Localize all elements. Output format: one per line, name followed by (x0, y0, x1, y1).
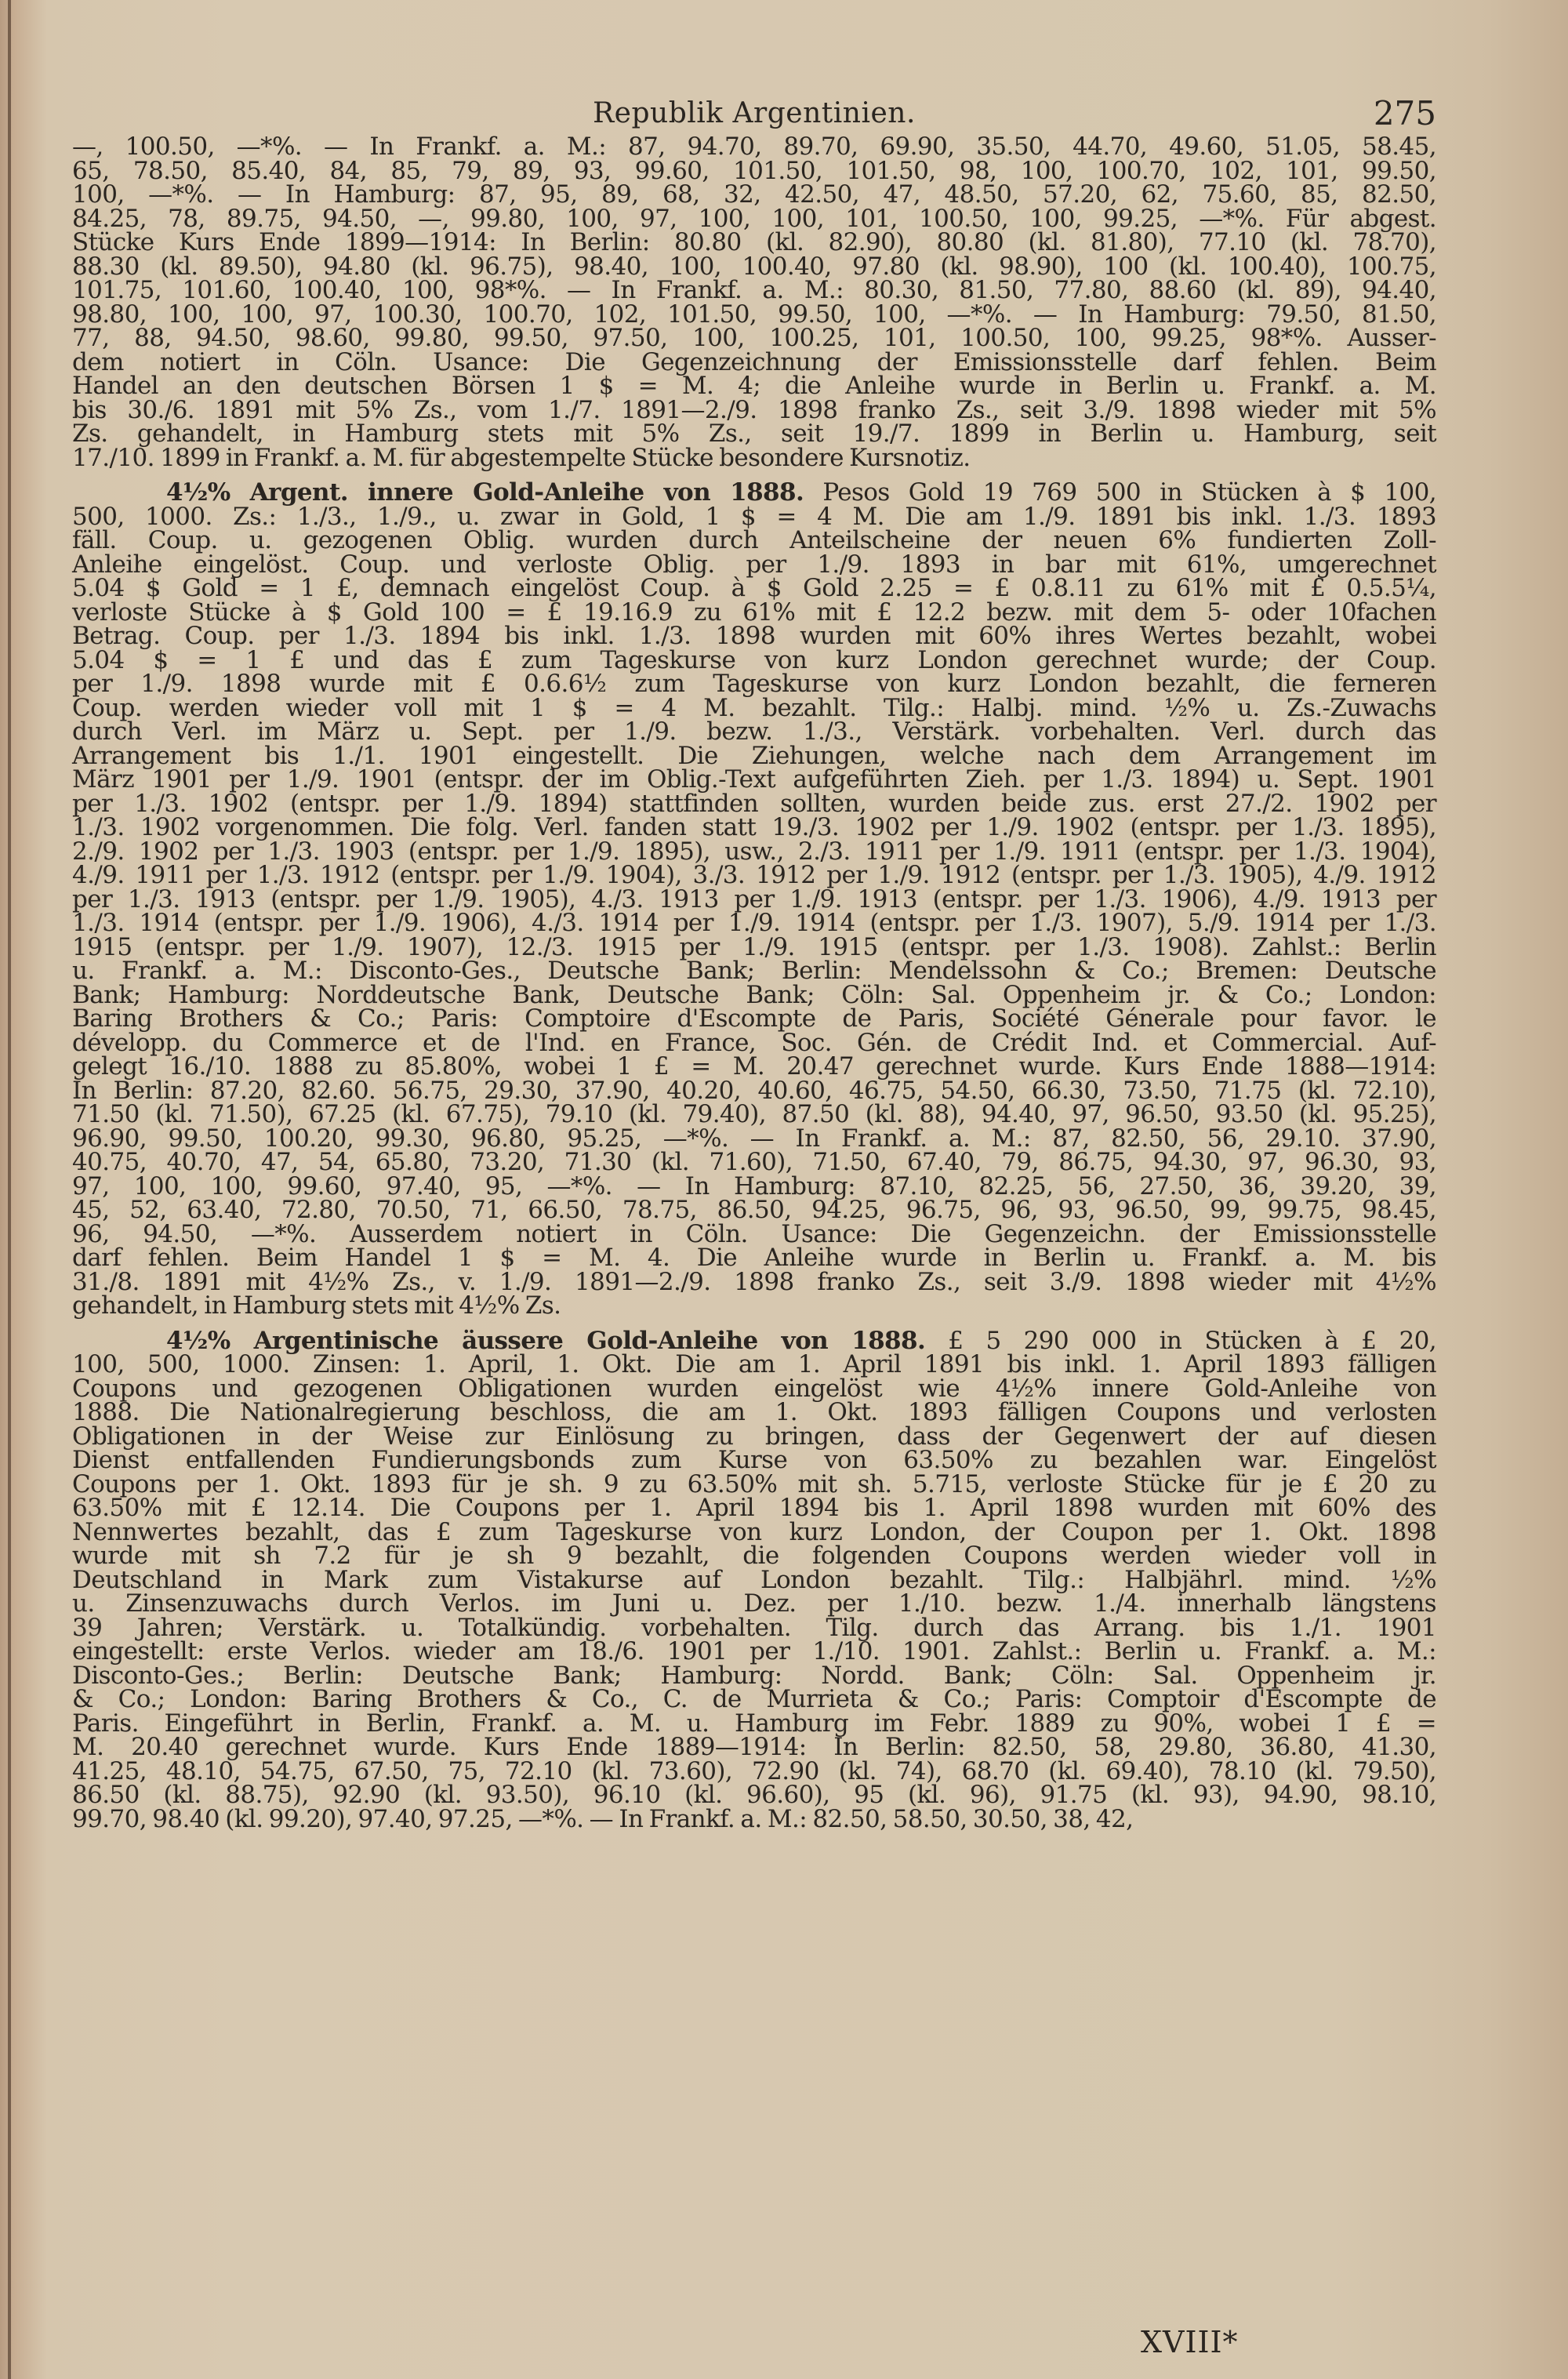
text-line: 2./9. 1902 per 1./3. 1903 (entspr. per 1… (72, 840, 1436, 864)
text-line: 1./3. 1902 vorgenommen. Die folg. Verl. … (72, 815, 1436, 840)
text-line: Bank; Hamburg: Norddeutsche Bank, Deutsc… (72, 983, 1436, 1008)
scanned-page: Republik Argentinien. 275 —, 100.50, —*%… (0, 0, 1568, 2379)
text-line: 101.75, 101.60, 100.40, 100, 98*%. — In … (72, 278, 1436, 303)
text-line: Disconto-Ges.; Berlin: Deutsche Bank; Ha… (72, 1664, 1436, 1688)
text-line: 99.70, 98.40 (kl. 99.20), 97.40, 97.25, … (72, 1807, 1436, 1832)
text-line: bis 30./6. 1891 mit 5% Zs., vom 1./7. 18… (72, 398, 1436, 423)
text-line: Baring Brothers & Co.; Paris: Comptoire … (72, 1007, 1436, 1031)
binding-edge (8, 0, 11, 2379)
text-line: 77, 88, 94.50, 98.60, 99.80, 99.50, 97.5… (72, 326, 1436, 350)
text-line: per 1./3. 1902 (entspr. per 1./9. 1894) … (72, 792, 1436, 816)
text-line: 1915 (entspr. per 1./9. 1907), 12./3. 19… (72, 935, 1436, 960)
signature-mark: XVIII* (1141, 2325, 1239, 2359)
text-line: per 1./3. 1913 (entspr. per 1./9. 1905),… (72, 888, 1436, 912)
text-line: Dienst entfallenden Fundierungsbonds zum… (72, 1448, 1436, 1473)
text-line: dem notiert in Cöln. Usance: Die Gegenze… (72, 350, 1436, 375)
text-line: 71.50 (kl. 71.50), 67.25 (kl. 67.75), 79… (72, 1102, 1436, 1127)
text-line: u. Frankf. a. M.: Disconto-Ges., Deutsch… (72, 959, 1436, 983)
text-line: Stücke Kurs Ende 1899—1914: In Berlin: 8… (72, 231, 1436, 255)
text-line: 5.04 $ Gold = 1 £, demnach eingelöst Cou… (72, 576, 1436, 601)
body-text: —, 100.50, —*%. — In Frankf. a. M.: 87, … (72, 135, 1436, 1831)
text-line: 84.25, 78, 89.75, 94.50, —, 99.80, 100, … (72, 207, 1436, 231)
text-line: 65, 78.50, 85.40, 84, 85, 79, 89, 93, 99… (72, 159, 1436, 183)
text-line: Zs. gehandelt, in Hamburg stets mit 5% Z… (72, 422, 1436, 446)
text-line: per 1./9. 1898 wurde mit £ 0.6.6½ zum Ta… (72, 672, 1436, 696)
text-line: u. Zinsenzuwachs durch Verlos. im Juni u… (72, 1592, 1436, 1616)
page-number: 275 (1374, 94, 1436, 133)
text-line: Paris. Eingeführt in Berlin, Frankf. a. … (72, 1712, 1436, 1736)
text-line: März 1901 per 1./9. 1901 (entspr. der im… (72, 768, 1436, 792)
text-line: gelegt 16./10. 1888 zu 85.80%, wobei 1 £… (72, 1055, 1436, 1079)
text-line: 100, —*%. — In Hamburg: 87, 95, 89, 68, … (72, 183, 1436, 207)
text-line: Coupons per 1. Okt. 1893 für je sh. 9 zu… (72, 1473, 1436, 1497)
text-line: 41.25, 48.10, 54.75, 67.50, 75, 72.10 (k… (72, 1760, 1436, 1784)
text-line: Betrag. Coup. per 1./3. 1894 bis inkl. 1… (72, 624, 1436, 648)
text-line: 86.50 (kl. 88.75), 92.90 (kl. 93.50), 96… (72, 1783, 1436, 1807)
text-line: 500, 1000. Zs.: 1./3., 1./9., u. zwar in… (72, 505, 1436, 529)
paragraph-continuation: —, 100.50, —*%. — In Frankf. a. M.: 87, … (72, 135, 1436, 470)
paragraph-innere-gold-anleihe-1888: 4½% Argent. innere Gold-Anleihe von 1888… (72, 481, 1436, 1318)
text-line: 45, 52, 63.40, 72.80, 70.50, 71, 66.50, … (72, 1198, 1436, 1222)
text-line: wurde mit sh 7.2 für je sh 9 bezahlt, di… (72, 1544, 1436, 1568)
text-line: 4½% Argent. innere Gold-Anleihe von 1888… (72, 481, 1436, 505)
text-line: 31./8. 1891 mit 4½% Zs., v. 1./9. 1891—2… (72, 1270, 1436, 1295)
text-line: verloste Stücke à $ Gold 100 = £ 19.16.9… (72, 601, 1436, 625)
text-line: gehandelt, in Hamburg stets mit 4½% Zs. (72, 1294, 1436, 1318)
text-line: 97, 100, 100, 99.60, 97.40, 95, —*%. — I… (72, 1175, 1436, 1199)
text-line: 96.90, 99.50, 100.20, 99.30, 96.80, 95.2… (72, 1127, 1436, 1151)
text-line: Nennwertes bezahlt, das £ zum Tageskurse… (72, 1520, 1436, 1545)
text-line: Coupons und gezogenen Obligationen wurde… (72, 1377, 1436, 1401)
text-line: 100, 500, 1000. Zinsen: 1. April, 1. Okt… (72, 1353, 1436, 1377)
text-line: 98.80, 100, 100, 97, 100.30, 100.70, 102… (72, 303, 1436, 327)
text-line: fäll. Coup. u. gezogenen Oblig. wurden d… (72, 528, 1436, 553)
text-line: 39 Jahren; Verstärk. u. Totalkündig. vor… (72, 1616, 1436, 1640)
text-line: 4½% Argentinische äussere Gold-Anleihe v… (72, 1329, 1436, 1353)
text-line: 88.30 (kl. 89.50), 94.80 (kl. 96.75), 98… (72, 255, 1436, 279)
text-line: 1888. Die Nationalregierung beschloss, d… (72, 1400, 1436, 1425)
running-title: Republik Argentinien. (72, 97, 1436, 129)
text-line: darf fehlen. Beim Handel 1 $ = M. 4. Die… (72, 1246, 1436, 1270)
text-line: développ. du Commerce et de l'Ind. en Fr… (72, 1031, 1436, 1055)
text-line: 5.04 $ = 1 £ und das £ zum Tageskurse vo… (72, 648, 1436, 673)
text-line: Obligationen in der Weise zur Einlösung … (72, 1425, 1436, 1449)
text-line: 1./3. 1914 (entspr. per 1./9. 1906), 4./… (72, 911, 1436, 935)
text-line: Arrangement bis 1./1. 1901 eingestellt. … (72, 744, 1436, 768)
text-line: 4./9. 1911 per 1./3. 1912 (entspr. per 1… (72, 863, 1436, 888)
text-line: —, 100.50, —*%. — In Frankf. a. M.: 87, … (72, 135, 1436, 159)
text-line: Anleihe eingelöst. Coup. und verloste Ob… (72, 553, 1436, 577)
text-line: 63.50% mit £ 12.14. Die Coupons per 1. A… (72, 1496, 1436, 1520)
page-header: Republik Argentinien. 275 (72, 91, 1436, 138)
text-line: 40.75, 40.70, 47, 54, 65.80, 73.20, 71.3… (72, 1150, 1436, 1175)
text-line: In Berlin: 87.20, 82.60. 56.75, 29.30, 3… (72, 1079, 1436, 1103)
text-line: M. 20.40 gerechnet wurde. Kurs Ende 1889… (72, 1735, 1436, 1760)
text-line: Deutschland in Mark zum Vistakurse auf L… (72, 1568, 1436, 1593)
text-line: 17./10. 1899 in Frankf. a. M. für abgest… (72, 446, 1436, 470)
text-line: eingestellt: erste Verlos. wieder am 18.… (72, 1640, 1436, 1664)
text-line: durch Verl. im März u. Sept. per 1./9. b… (72, 720, 1436, 744)
text-line: Handel an den deutschen Börsen 1 $ = M. … (72, 374, 1436, 398)
paragraph-aeussere-gold-anleihe-1888: 4½% Argentinische äussere Gold-Anleihe v… (72, 1329, 1436, 1832)
text-line: Coup. werden wieder voll mit 1 $ = 4 M. … (72, 696, 1436, 721)
text-line: & Co.; London: Baring Brothers & Co., C.… (72, 1687, 1436, 1712)
text-line: 96, 94.50, —*%. Ausserdem notiert in Cöl… (72, 1222, 1436, 1247)
